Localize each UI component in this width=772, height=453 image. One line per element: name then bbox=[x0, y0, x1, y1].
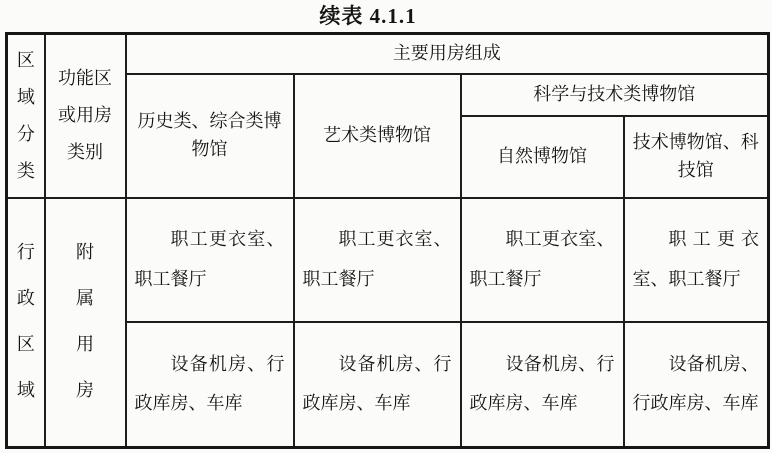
header-tech-museum: 技术博物馆、科技馆 bbox=[624, 116, 769, 198]
header-main-rooms: 主要用房组成 bbox=[126, 34, 769, 74]
header-history-museum: 历史类、综合类博物馆 bbox=[126, 74, 294, 198]
header-function-class: 功能区或用房类别 bbox=[45, 34, 126, 198]
cell-equipment-rooms-art: 设备机房、行政库房、车库 bbox=[294, 322, 461, 448]
body-region-label: 行政区域 bbox=[16, 230, 36, 414]
cell-staff-rooms-nature: 职工更衣室、职工餐厅 bbox=[461, 198, 624, 322]
cell-text: 设备机房、行政库房、车库 bbox=[135, 345, 285, 424]
cell-staff-rooms-tech: 职工更衣室、职工餐厅 bbox=[624, 198, 769, 322]
table-caption: 续表 4.1.1 bbox=[0, 3, 749, 32]
cell-staff-rooms-art: 职工更衣室、职工餐厅 bbox=[294, 198, 461, 322]
cell-equipment-rooms-tech: 设备机房、行政库房、车库 bbox=[624, 322, 769, 448]
body-room-category-cell: 附属用房 bbox=[45, 198, 126, 448]
body-row-staff-rooms: 行政区域 附属用房 职工更衣室、职工餐厅 职工更衣室、职工餐厅 职工更衣室、职工… bbox=[7, 198, 769, 322]
cell-equipment-rooms-history: 设备机房、行政库房、车库 bbox=[126, 322, 294, 448]
museum-rooms-table: 区域分类 功能区或用房类别 主要用房组成 历史类、综合类博物馆 艺术类博物馆 科… bbox=[5, 32, 770, 449]
cell-text: 设备机房、行政库房、车库 bbox=[470, 345, 615, 424]
cell-staff-rooms-history: 职工更衣室、职工餐厅 bbox=[126, 198, 294, 322]
header-region-class-label: 区域分类 bbox=[16, 42, 36, 190]
cell-text: 职工更衣室、职工餐厅 bbox=[303, 220, 452, 299]
header-row-main: 区域分类 功能区或用房类别 主要用房组成 bbox=[7, 34, 769, 74]
cell-text: 职工更衣室、职工餐厅 bbox=[135, 220, 285, 299]
document-page: 续表 4.1.1 区域分类 功能区或用房类别 主要用房组成 历史类、综合类博物馆… bbox=[0, 0, 772, 453]
header-function-class-label: 功能区或用房类别 bbox=[57, 60, 114, 171]
header-region-class: 区域分类 bbox=[7, 34, 45, 198]
header-art-museum: 艺术类博物馆 bbox=[294, 74, 461, 198]
cell-text: 设备机房、行政库房、车库 bbox=[633, 345, 760, 424]
cell-text: 职工更衣室、职工餐厅 bbox=[633, 220, 760, 299]
cell-text: 设备机房、行政库房、车库 bbox=[303, 345, 452, 424]
cell-text: 职工更衣室、职工餐厅 bbox=[470, 220, 615, 299]
cell-equipment-rooms-nature: 设备机房、行政库房、车库 bbox=[461, 322, 624, 448]
body-room-category-label: 附属用房 bbox=[75, 230, 95, 414]
body-region-cell: 行政区域 bbox=[7, 198, 45, 448]
header-nature-museum: 自然博物馆 bbox=[461, 116, 624, 198]
header-scitech-museum-group: 科学与技术类博物馆 bbox=[461, 74, 769, 116]
